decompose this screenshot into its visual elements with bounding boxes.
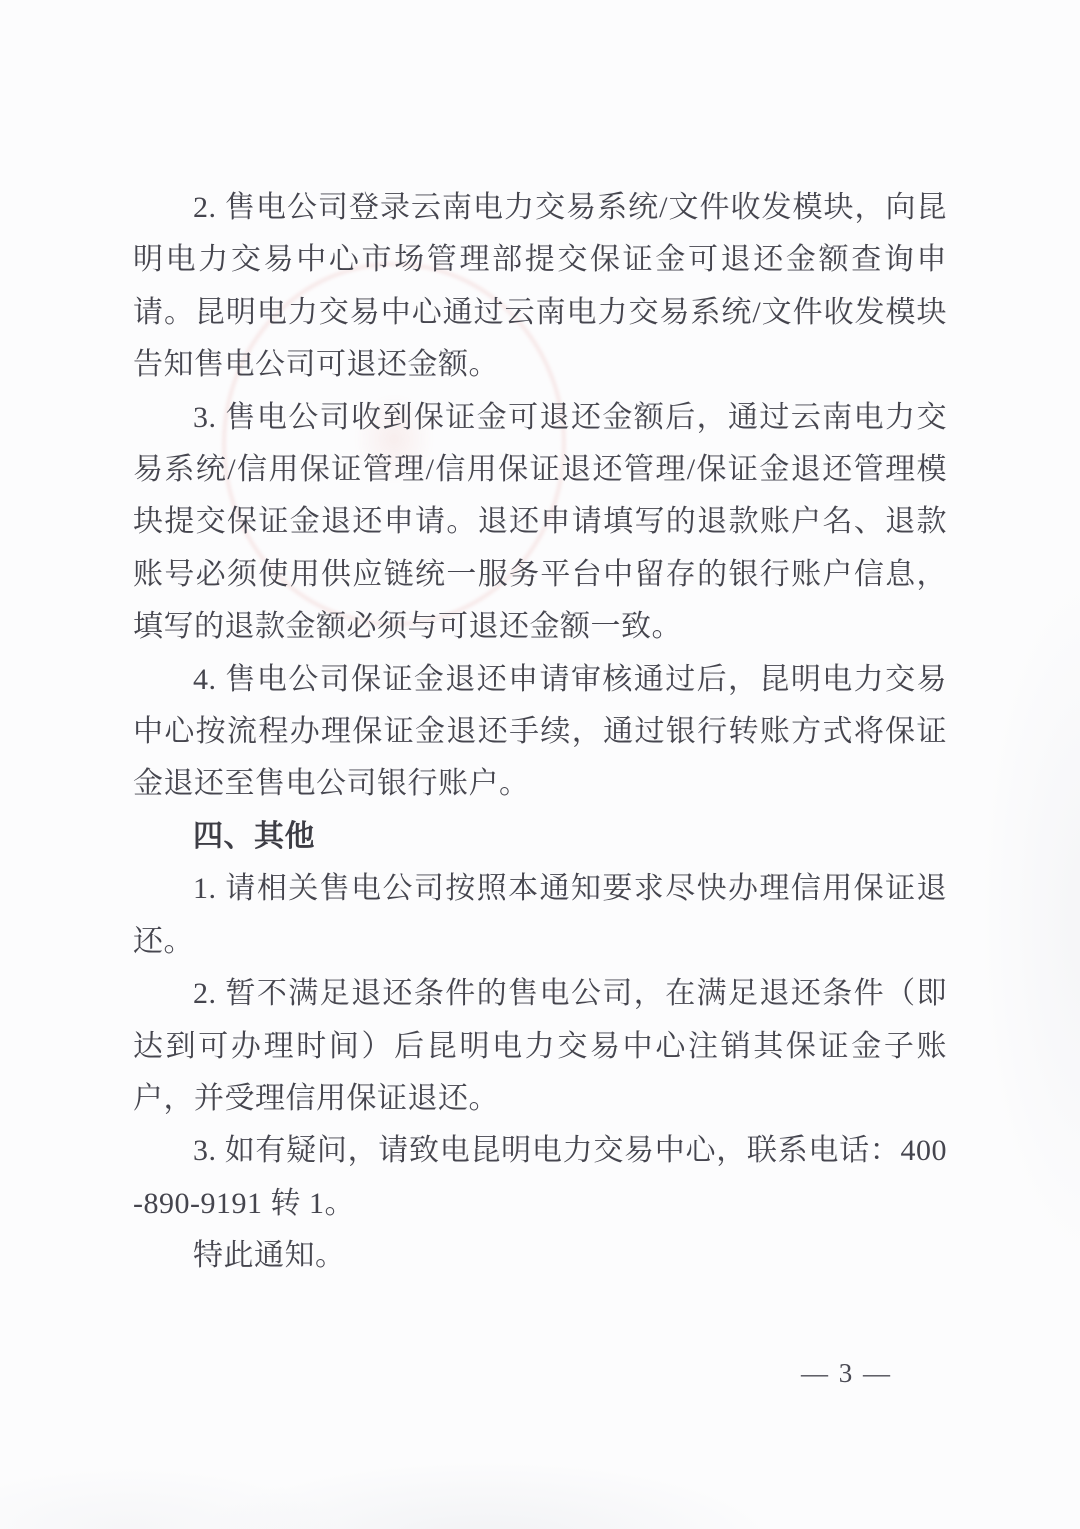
paragraph-other-2: 2. 暂不满足退还条件的售电公司，在满足退还条件（即达到可办理时间）后昆明电力交… [133, 968, 947, 1125]
paragraph-step-4: 4. 售电公司保证金退还申请审核通过后，昆明电力交易中心按流程办理保证金退还手续… [133, 654, 947, 811]
document-body: 2. 售电公司登录云南电力交易系统/文件收发模块，向昆明电力交易中心市场管理部提… [133, 182, 947, 1283]
closing-line: 特此通知。 [133, 1230, 947, 1282]
scanned-document-page: 2. 售电公司登录云南电力交易系统/文件收发模块，向昆明电力交易中心市场管理部提… [0, 0, 1080, 1529]
paragraph-step-3: 3. 售电公司收到保证金可退还金额后，通过云南电力交易系统/信用保证管理/信用保… [133, 392, 947, 654]
paragraph-other-1: 1. 请相关售电公司按照本通知要求尽快办理信用保证退还。 [133, 863, 947, 968]
paragraph-other-3: 3. 如有疑问，请致电昆明电力交易中心，联系电话：400-890-9191 转 … [133, 1125, 947, 1230]
paragraph-step-2: 2. 售电公司登录云南电力交易系统/文件收发模块，向昆明电力交易中心市场管理部提… [133, 182, 947, 392]
page-number: — 3 — [801, 1358, 892, 1389]
section-heading-other: 四、其他 [133, 811, 947, 863]
